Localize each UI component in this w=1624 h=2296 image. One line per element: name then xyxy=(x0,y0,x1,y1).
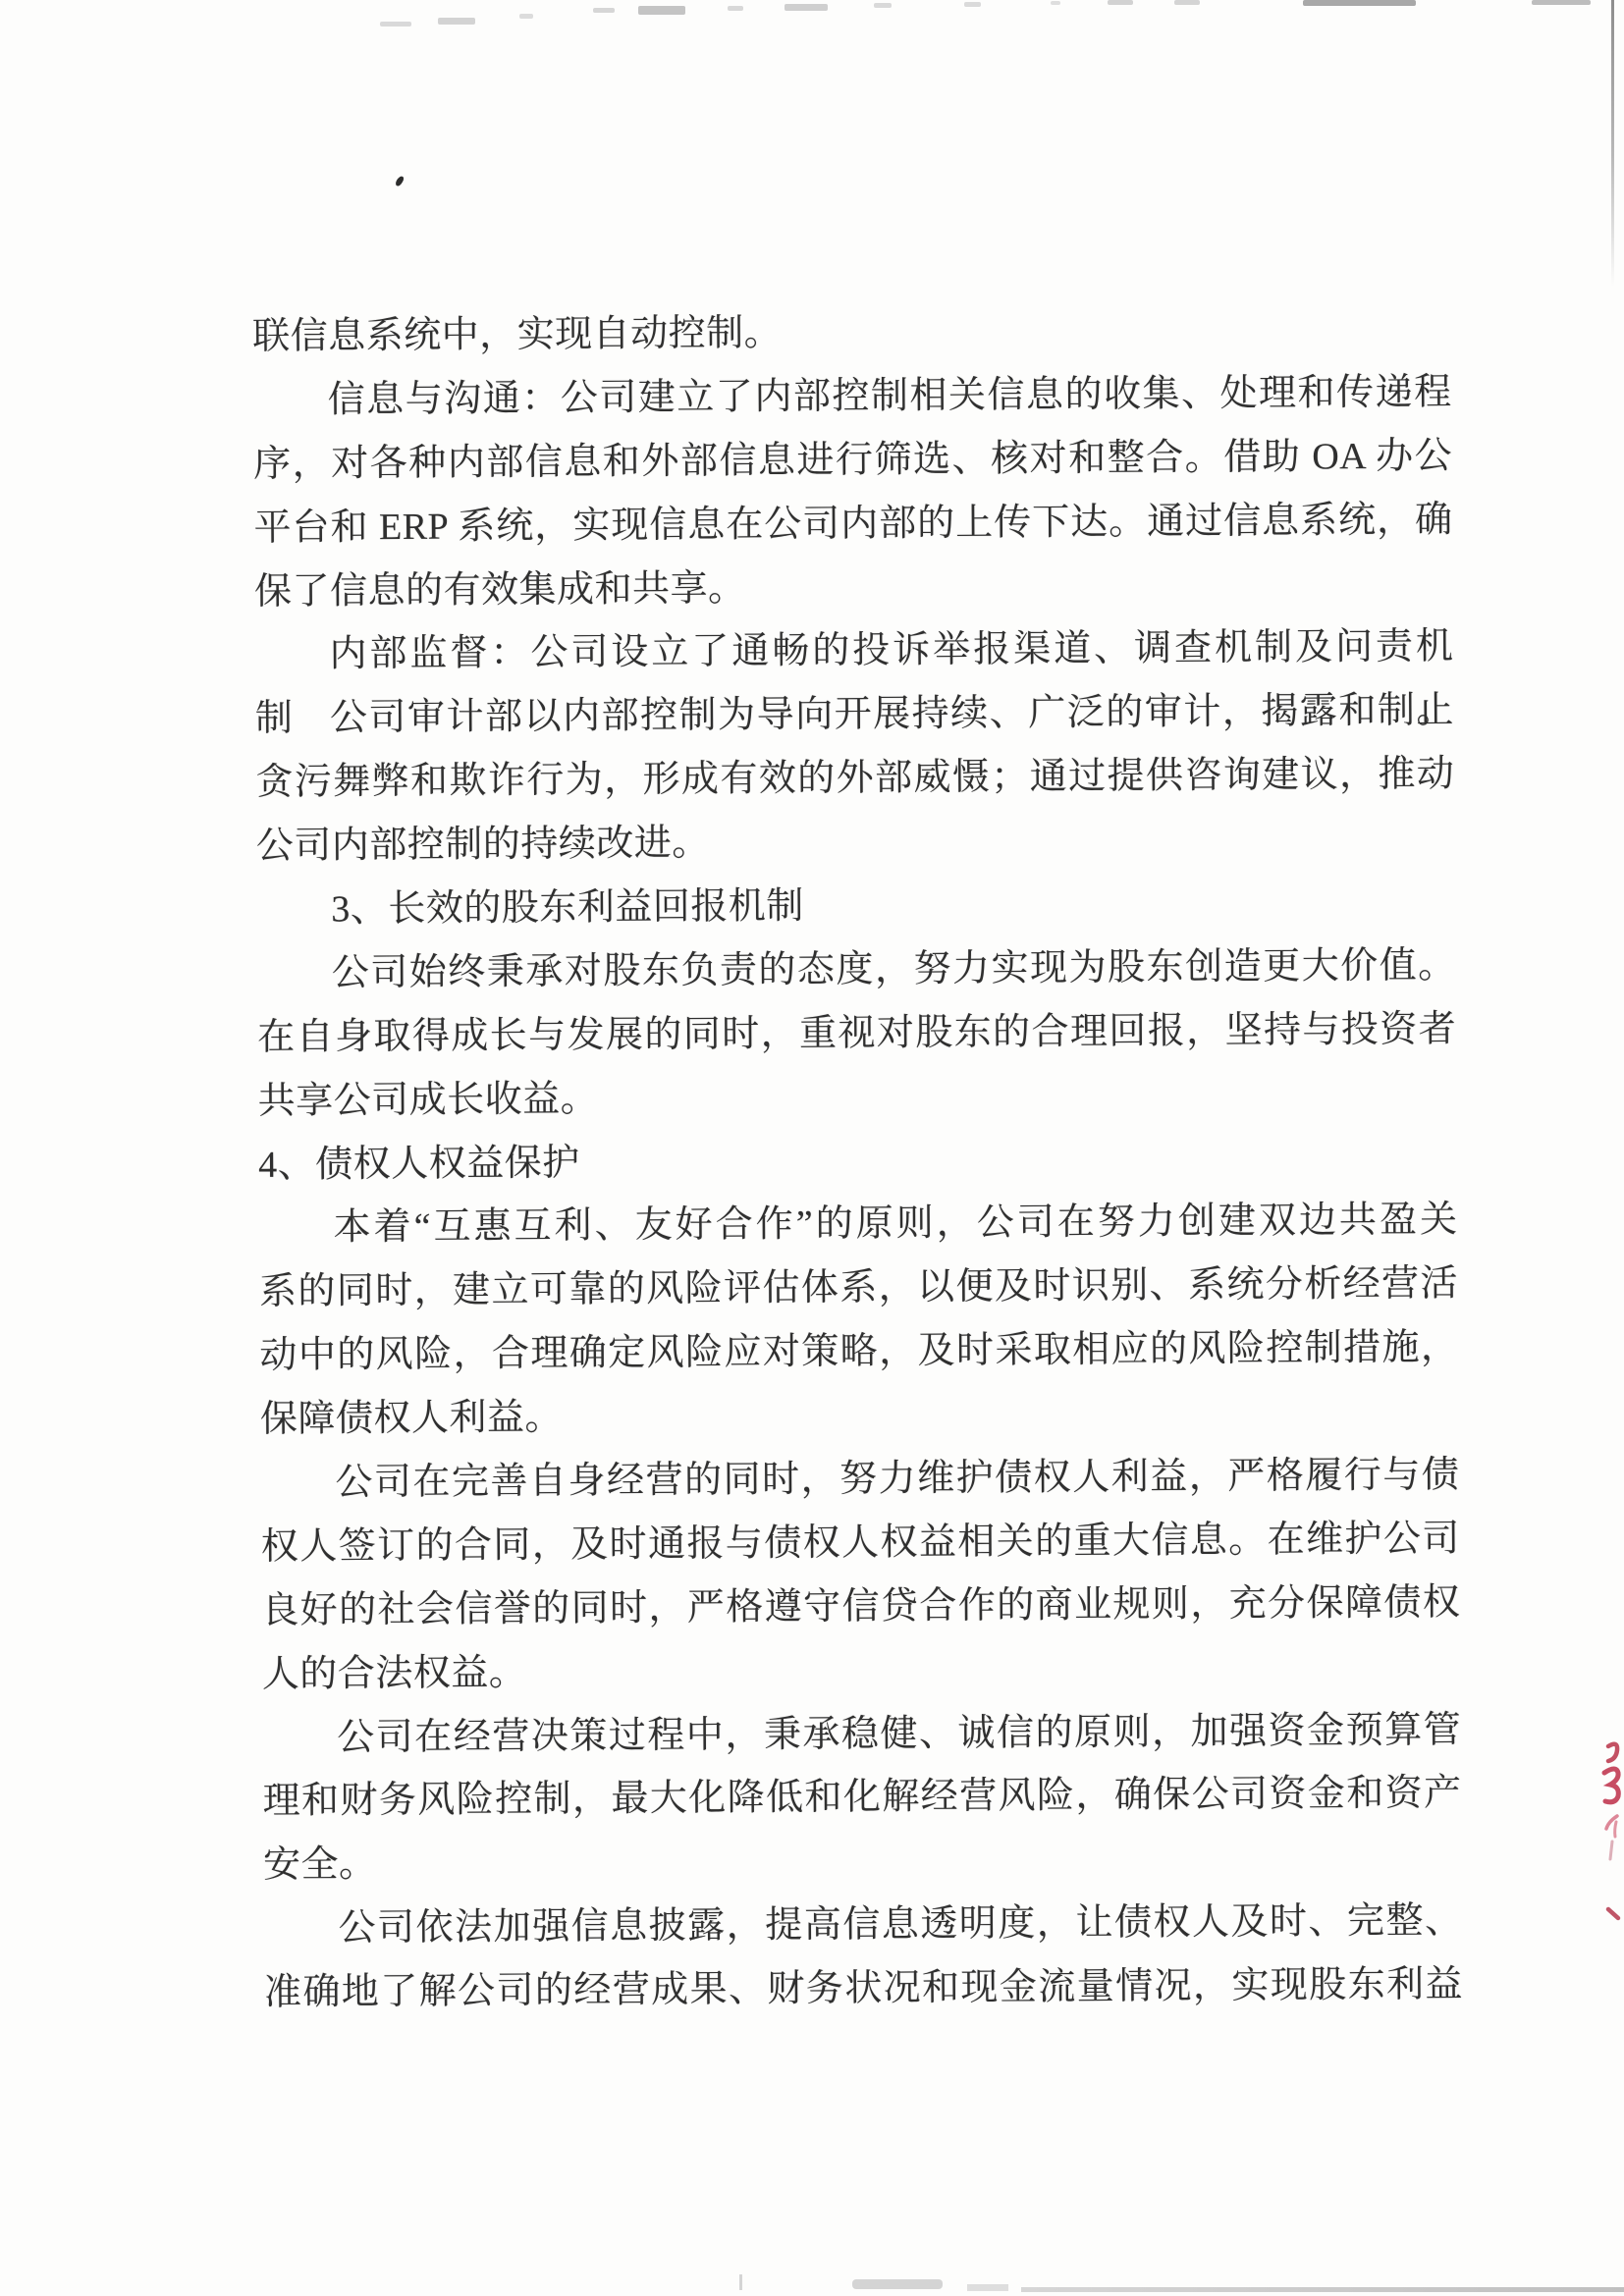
text-line: 本着“互惠互利、友好合作”的原则，公司在努力创建双边共盈关 xyxy=(258,1189,1457,1260)
red-tick-mark xyxy=(1608,1744,1617,1761)
text-line: 公司在完善自身经营的同时，努力维护债权人利益，严格履行与债 xyxy=(260,1443,1459,1515)
text-line: 良好的社会信誉的同时，严格遵守信贷合作的商业规则，充分保障债权 xyxy=(261,1571,1460,1642)
scan-smudge xyxy=(785,4,828,11)
text-line: 准确地了解公司的经营成果、财务状况和现金流量情况，实现股东利益 xyxy=(264,1953,1463,2025)
text-line: 公司审计部以内部控制为导向开展持续、广泛的审计，揭露和制止 xyxy=(255,679,1454,751)
scan-smudge xyxy=(638,6,685,15)
scan-smudge xyxy=(593,8,615,13)
scan-smudge xyxy=(1051,1,1060,5)
scan-smudge xyxy=(1021,2287,1624,2292)
text-line: 联信息系统中，实现自动控制。 xyxy=(252,296,1451,368)
text-line: 保了信息的有效集成和共享。 xyxy=(254,552,1453,623)
text-line: 信息与沟通：公司建立了内部控制相关信息的收集、处理和传递程 xyxy=(252,360,1451,432)
text-line: 公司内部控制的持续改进。 xyxy=(256,807,1455,879)
document-text: 联信息系统中，实现自动控制。信息与沟通：公司建立了内部控制相关信息的收集、处理和… xyxy=(252,296,1463,2025)
scan-smudge xyxy=(964,2,981,7)
red-tick-mark xyxy=(1608,1909,1618,1918)
text-line: 平台和 ERP 系统，实现信息在公司内部的上传下达。通过信息系统，确 xyxy=(253,488,1452,560)
text-line: 共享公司成长收益。 xyxy=(257,1061,1456,1133)
text-line: 人的合法权益。 xyxy=(262,1634,1461,1706)
scan-smudge xyxy=(967,2284,1008,2291)
scan-smudge xyxy=(739,2274,742,2290)
text-line: 在自身取得成长与发展的同时，重视对股东的合理回报，坚持与投资者 xyxy=(257,997,1456,1069)
scan-smudge xyxy=(380,22,411,27)
text-line: 权人签订的合同，及时通报与债权人权益相关的重大信息。在维护公司 xyxy=(261,1507,1460,1578)
scan-smudge xyxy=(1174,0,1200,5)
text-line: 系的同时，建立可靠的风险评估体系，以便及时识别、系统分析经营活 xyxy=(259,1253,1458,1324)
red-squiggle-mark xyxy=(1604,1769,1618,1802)
scan-smudge xyxy=(728,6,743,11)
scan-smudge xyxy=(1108,0,1133,5)
scan-smudge xyxy=(438,18,475,25)
scan-smudge xyxy=(874,3,892,8)
text-line: 公司依法加强信息披露，提高信息透明度，让债权人及时、完整、 xyxy=(263,1890,1462,1961)
ink-speck xyxy=(395,175,405,187)
text-line: 内部监督：公司设立了通畅的投诉举报渠道、调查机制及问责机制。 xyxy=(254,615,1453,687)
text-line: 序，对各种内部信息和外部信息进行筛选、核对和整合。借助 OA 办公 xyxy=(253,424,1452,496)
red-dash-mark xyxy=(1610,1842,1612,1859)
text-line: 公司在经营决策过程中，秉承稳健、诚信的原则，加强资金预算管 xyxy=(262,1698,1461,1770)
text-line: 4、债权人权益保护 xyxy=(258,1125,1457,1197)
scan-smudge xyxy=(519,14,533,19)
text-line: 公司始终秉承对股东负责的态度，努力实现为股东创造更大价值。 xyxy=(257,934,1456,1005)
scan-smudge xyxy=(852,2279,943,2289)
text-line: 动中的风险，合理确定风险应对策略，及时采取相应的风险控制措施， xyxy=(259,1316,1458,1388)
text-line: 3、长效的股东利益回报机制 xyxy=(256,870,1455,941)
red-stroke-mark xyxy=(1615,1822,1616,1837)
red-pen-marks xyxy=(1595,1735,1624,1932)
text-line: 保障债权人利益。 xyxy=(260,1380,1459,1452)
text-line: 理和财务风险控制，最大化降低和化解经营风险，确保公司资金和资产 xyxy=(262,1762,1461,1834)
scan-smudge xyxy=(1303,0,1416,6)
text-line: 贪污舞弊和欺诈行为，形成有效的外部威慑；通过提供咨询建议，推动 xyxy=(255,743,1454,815)
scanned-page: 联信息系统中，实现自动控制。信息与沟通：公司建立了内部控制相关信息的收集、处理和… xyxy=(0,0,1624,2296)
scan-edge-line xyxy=(1611,0,1614,287)
text-line: 安全。 xyxy=(263,1826,1462,1897)
scan-smudge xyxy=(1532,0,1591,5)
